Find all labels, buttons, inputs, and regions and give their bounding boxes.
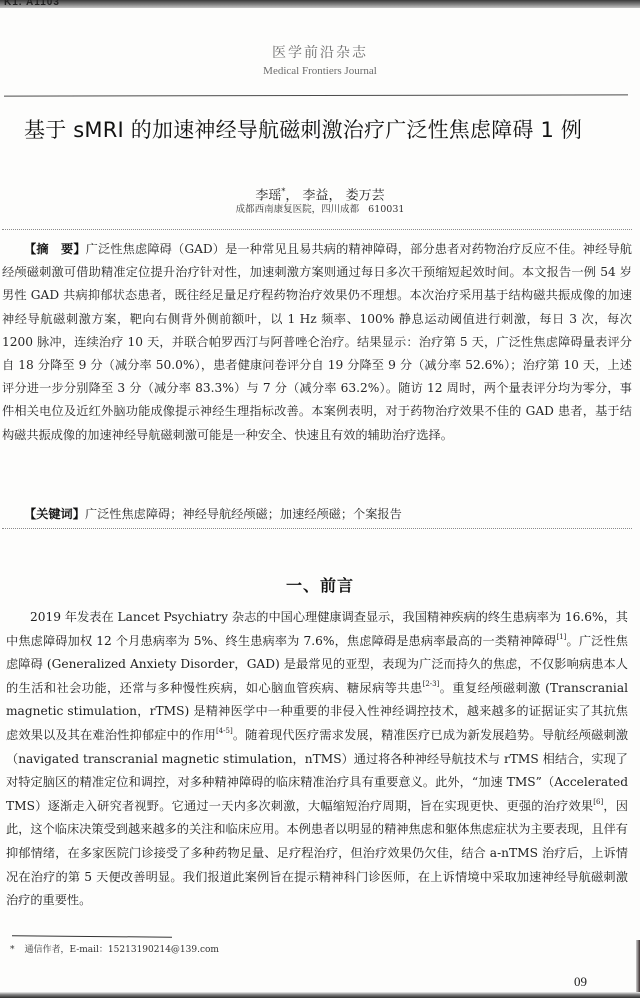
- author-name: 李益: [302, 188, 328, 203]
- abstract-text: 广泛性焦虑障碍（GAD）是一种常见且易共病的精神障碍，部分患者对药物治疗反应不佳…: [2, 242, 632, 442]
- corresponding-author-footnote: *通信作者，E-mail：15213190214@139.com: [10, 944, 410, 956]
- body-text-segment: 2019 年发表在 Lancet Psychiatry 杂志的中国心理健康调查显…: [6, 610, 628, 648]
- footnote-text: 通信作者，E-mail：15213190214@139.com: [25, 945, 219, 955]
- previous-page-fragment: K1. A1103: [4, 0, 60, 8]
- citation-ref: [2-3]: [423, 680, 440, 688]
- footnote-mark: *: [10, 945, 15, 955]
- section-heading-introduction: 一、前言: [0, 573, 640, 596]
- author-name: 李瑶: [255, 188, 281, 203]
- abstract-bottom-rule: [2, 528, 632, 529]
- running-head: 医学前沿杂志 Medical Frontiers Journal: [0, 44, 640, 78]
- page-number: 09: [574, 974, 587, 990]
- article-title: 基于 sMRI 的加速神经导航磁刺激治疗广泛性焦虑障碍 1 例: [24, 116, 624, 144]
- citation-ref: [6]: [593, 798, 603, 806]
- author-name: 娄万芸: [346, 188, 385, 203]
- footnote-rule: [12, 935, 172, 937]
- author-separator: ，: [285, 188, 298, 203]
- affiliation-institution: 成都西南康复医院，四川成都: [236, 204, 360, 215]
- author-list: 李瑶*， 李益， 娄万芸: [0, 183, 640, 205]
- keywords-label: 【关键词】: [24, 507, 85, 521]
- author-separator: ，: [329, 188, 342, 203]
- header-rule: [4, 94, 628, 96]
- keywords-block: 【关键词】广泛性焦虑障碍；神经导航经颅磁；加速经颅磁；个案报告: [24, 504, 624, 524]
- body-text-segment: ，因此，这个临床决策受到越来越多的关注和临床应用。本例患者以明显的精神焦虑和躯体…: [6, 799, 628, 907]
- journal-name-cn: 医学前沿杂志: [0, 44, 640, 62]
- affiliation-postcode: 610031: [368, 204, 404, 215]
- citation-ref: [1]: [556, 633, 566, 641]
- journal-name-en: Medical Frontiers Journal: [0, 64, 640, 78]
- abstract-label: 【摘 要】: [24, 242, 86, 256]
- introduction-body: 2019 年发表在 Lancet Psychiatry 杂志的中国心理健康调查显…: [6, 606, 628, 913]
- affiliation: 成都西南康复医院，四川成都 610031: [0, 203, 640, 217]
- journal-page: 医学前沿杂志 Medical Frontiers Journal 基于 sMRI…: [0, 8, 640, 994]
- keywords-text: 广泛性焦虑障碍；神经导航经颅磁；加速经颅磁；个案报告: [85, 507, 402, 521]
- abstract-top-rule: [2, 229, 632, 230]
- abstract-block: 【摘 要】广泛性焦虑障碍（GAD）是一种常见且易共病的精神障碍，部分患者对药物治…: [2, 238, 632, 447]
- introduction-paragraph: 2019 年发表在 Lancet Psychiatry 杂志的中国心理健康调查显…: [6, 606, 628, 913]
- photo-right-edge: [636, 940, 640, 998]
- citation-ref: [4-5]: [216, 727, 233, 735]
- photo-bottom-edge: [0, 992, 640, 998]
